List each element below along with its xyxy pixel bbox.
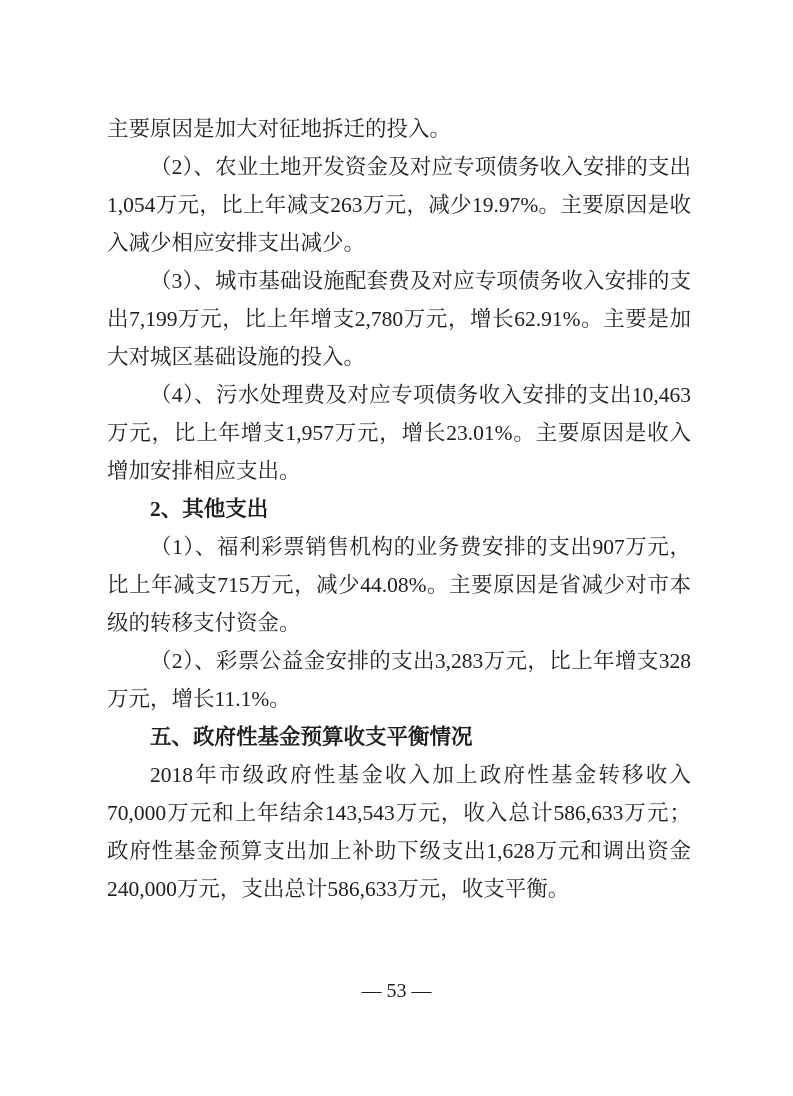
body-paragraph: （4）、污水处理费及对应专项债务收入安排的支出10,463万元，比上年增支1,9… [107,376,691,490]
section-heading: 五、政府性基金预算收支平衡情况 [107,718,691,756]
body-paragraph: （1）、福利彩票销售机构的业务费安排的支出907万元，比上年减支715万元，减少… [107,528,691,642]
page-number: — 53 — [0,978,793,1004]
document-page: 主要原因是加大对征地拆迁的投入。（2）、农业土地开发资金及对应专项债务收入安排的… [0,0,793,1096]
sub-heading: 2、其他支出 [107,490,691,528]
document-body: 主要原因是加大对征地拆迁的投入。（2）、农业土地开发资金及对应专项债务收入安排的… [107,110,691,908]
body-paragraph: （2）、农业土地开发资金及对应专项债务收入安排的支出1,054万元，比上年减支2… [107,148,691,262]
body-paragraph: 主要原因是加大对征地拆迁的投入。 [107,110,691,148]
body-paragraph: 2018年市级政府性基金收入加上政府性基金转移收入70,000万元和上年结余14… [107,756,691,908]
body-paragraph: （3）、城市基础设施配套费及对应专项债务收入安排的支出7,199万元，比上年增支… [107,262,691,376]
body-paragraph: （2）、彩票公益金安排的支出3,283万元，比上年增支328万元，增长11.1%… [107,642,691,718]
